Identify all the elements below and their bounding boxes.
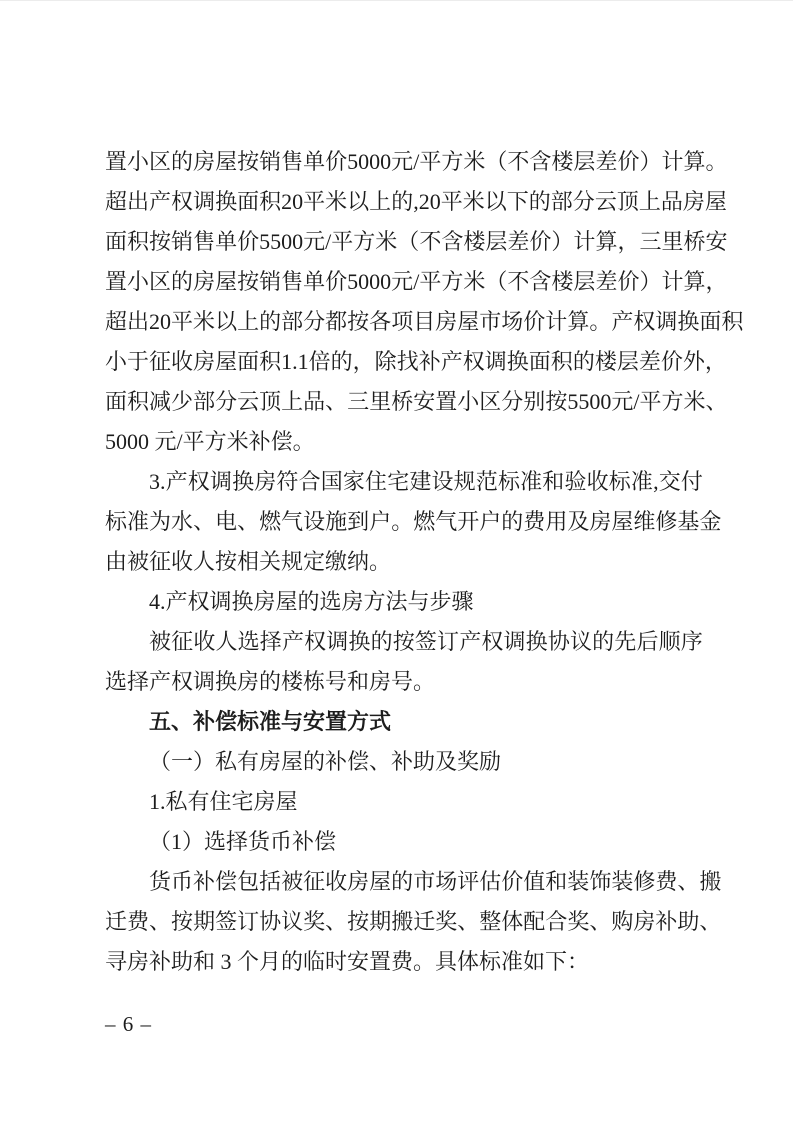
document-line: 迁费、按期签订协议奖、按期搬迁奖、整体配合奖、购房补助、 [105,902,703,942]
document-line: 小于征收房屋面积1.1倍的，除找补产权调换面积的楼层差价外， [105,342,703,382]
document-line: 4.产权调换房屋的选房方法与步骤 [105,582,703,622]
document-line: 货币补偿包括被征收房屋的市场评估价值和装饰装修费、搬 [105,862,703,902]
section-heading: 五、补偿标准与安置方式 [105,702,703,742]
document-line: 3.产权调换房符合国家住宅建设规范标准和验收标准,交付 [105,462,703,502]
document-line: 置小区的房屋按销售单价5000元/平方米（不含楼层差价）计算。 [105,142,703,182]
document-line: 超出产权调换面积20平米以上的,20平米以下的部分云顶上品房屋 [105,182,703,222]
subsection-heading: （一）私有房屋的补偿、补助及奖励 [105,742,703,782]
document-page: 置小区的房屋按销售单价5000元/平方米（不含楼层差价）计算。超出产权调换面积2… [0,0,793,1123]
document-line: 寻房补助和 3 个月的临时安置费。具体标准如下： [105,942,703,982]
document-line: 置小区的房屋按销售单价5000元/平方米（不含楼层差价）计算， [105,262,703,302]
document-line: 选择产权调换房的楼栋号和房号。 [105,662,703,702]
page-number: – 6 – [105,1004,152,1044]
document-line: 超出20平米以上的部分都按各项目房屋市场价计算。产权调换面积 [105,302,703,342]
document-text: 置小区的房屋按销售单价5000元/平方米（不含楼层差价）计算。超出产权调换面积2… [105,142,703,982]
document-line: 由被征收人按相关规定缴纳。 [105,542,703,582]
document-line: （1）选择货币补偿 [105,822,703,862]
document-line: 面积按销售单价5500元/平方米（不含楼层差价）计算，三里桥安 [105,222,703,262]
document-line: 标准为水、电、燃气设施到户。燃气开户的费用及房屋维修基金 [105,502,703,542]
document-line: 面积减少部分云顶上品、三里桥安置小区分别按5500元/平方米、 [105,382,703,422]
document-line: 5000 元/平方米补偿。 [105,422,703,462]
document-line: 被征收人选择产权调换的按签订产权调换协议的先后顺序 [105,622,703,662]
document-line: 1.私有住宅房屋 [105,782,703,822]
